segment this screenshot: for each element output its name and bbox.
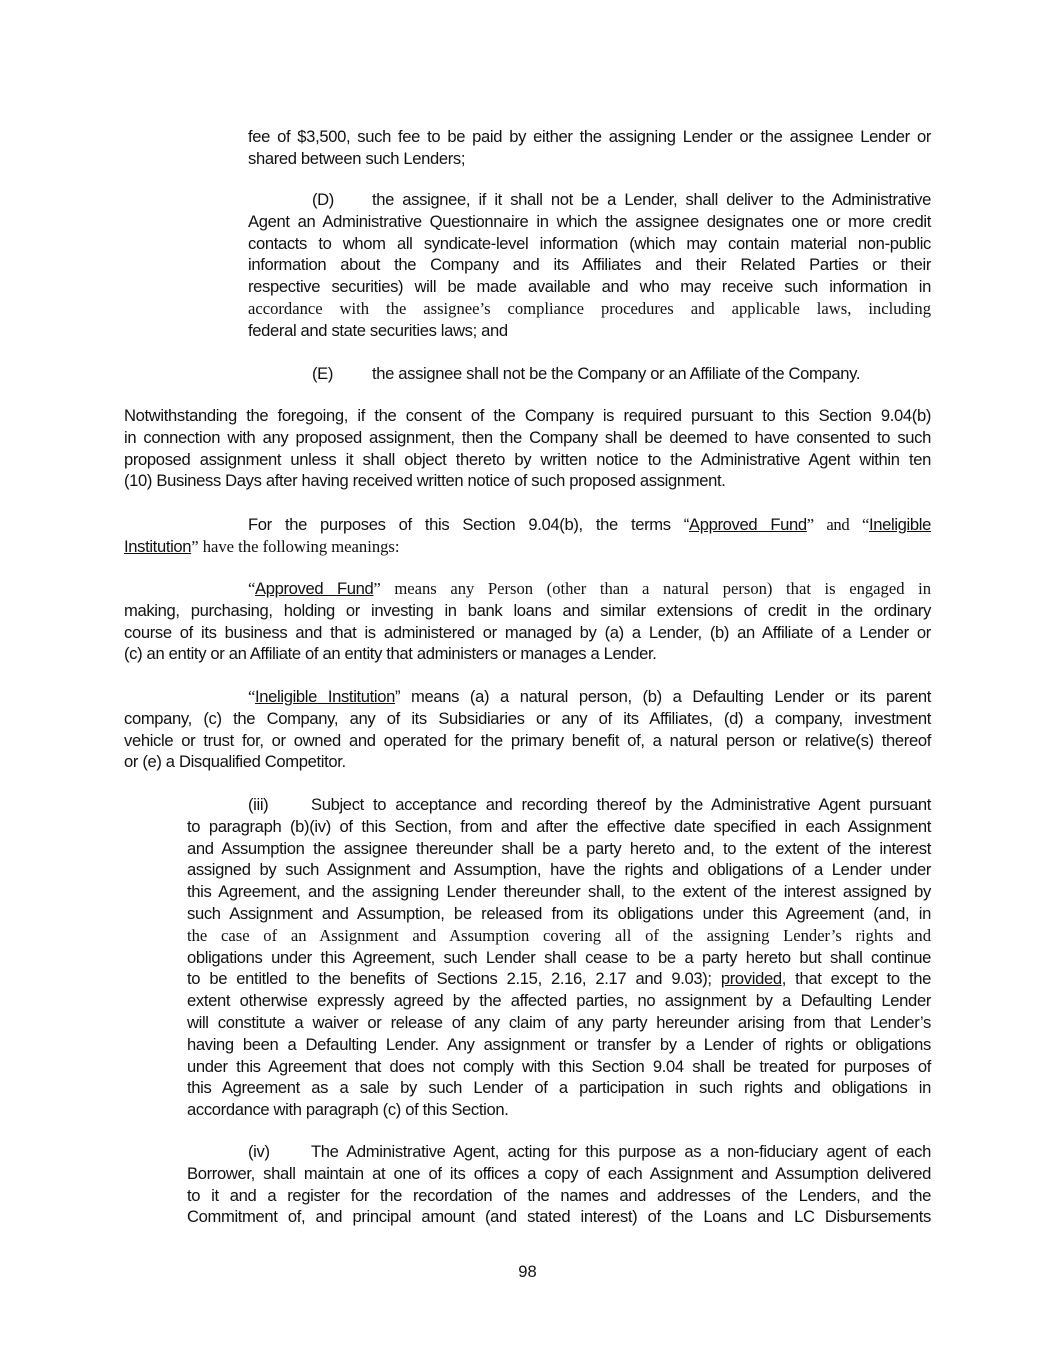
- text-segment: ” and “: [807, 515, 869, 534]
- text-line: respective securities) will be made avai…: [248, 276, 931, 298]
- text-line: Agent an Administrative Questionnaire in…: [248, 211, 931, 233]
- paragraph-purposes: For the purposes of this Section 9.04(b)…: [124, 514, 931, 558]
- text-line: accordance with paragraph (c) of this Se…: [187, 1099, 931, 1121]
- text-line: this Agreement, and the assigning Lender…: [187, 881, 931, 903]
- text-segment: ” have the following meanings:: [191, 537, 399, 556]
- text-line: course of its business and that is admin…: [124, 622, 931, 644]
- text-segment: ” means (a) a natural person, (b) a Defa…: [395, 687, 931, 706]
- clause-label: (iv): [248, 1141, 311, 1163]
- text-line: company, (c) the Company, any of its Sub…: [124, 708, 931, 730]
- text-line: under this Agreement that does not compl…: [187, 1056, 931, 1078]
- text-line: the case of an Assignment and Assumption…: [187, 925, 931, 947]
- open-quote: “: [248, 687, 255, 706]
- text-line: (E)the assignee shall not be the Company…: [248, 363, 931, 385]
- clause-label: (iii): [248, 794, 311, 816]
- paragraph-clause-iii: (iii)Subject to acceptance and recording…: [187, 794, 931, 1121]
- text-line: accordance with the assignee’s complianc…: [248, 298, 931, 320]
- text-segment: the assignee shall not be the Company or…: [372, 364, 860, 383]
- text-line: having been a Defaulting Lender. Any ass…: [187, 1034, 931, 1056]
- text-line: to it and a register for the recordation…: [187, 1185, 931, 1207]
- text-segment: Subject to acceptance and recording ther…: [311, 795, 931, 814]
- text-line: contacts to whom all syndicate-level inf…: [248, 233, 931, 255]
- clause-label: (D): [312, 189, 372, 211]
- text-line: and Assumption the assignee thereunder s…: [187, 838, 931, 860]
- paragraph-clause-d: (D)the assignee, if it shall not be a Le…: [248, 189, 931, 342]
- defined-term-approved-fund: Approved Fund: [255, 579, 373, 598]
- text-line: “Approved Fund” means any Person (other …: [124, 578, 931, 600]
- paragraph-clause-iv: (iv)The Administrative Agent, acting for…: [187, 1141, 931, 1228]
- paragraph-fee-continuation: fee of $3,500, such fee to be paid by ei…: [248, 126, 931, 170]
- text-line: (D)the assignee, if it shall not be a Le…: [248, 189, 931, 211]
- text-segment: , that except to the: [782, 969, 931, 988]
- text-line: to paragraph (b)(iv) of this Section, fr…: [187, 816, 931, 838]
- text-line: such Assignment and Assumption, be relea…: [187, 903, 931, 925]
- page-number: 98: [0, 1262, 1055, 1282]
- text-line: in connection with any proposed assignme…: [124, 427, 931, 449]
- text-line: vehicle or trust for, or owned and opera…: [124, 730, 931, 752]
- text-line: Institution” have the following meanings…: [124, 536, 931, 558]
- text-line: For the purposes of this Section 9.04(b)…: [124, 514, 931, 536]
- text-line: (iii)Subject to acceptance and recording…: [187, 794, 931, 816]
- text-segment: ” means any Person (other than a natural…: [373, 579, 931, 598]
- text-line: Commitment of, and principal amount (and…: [187, 1206, 931, 1228]
- open-quote: “: [248, 579, 255, 598]
- text-line: “Ineligible Institution” means (a) a nat…: [124, 686, 931, 708]
- paragraph-ineligible-institution-definition: “Ineligible Institution” means (a) a nat…: [124, 686, 931, 773]
- paragraph-notwithstanding: Notwithstanding the foregoing, if the co…: [124, 405, 931, 492]
- provided-term: provided: [721, 969, 782, 988]
- text-line: to be entitled to the benefits of Sectio…: [187, 968, 931, 990]
- defined-term-institution: Institution: [124, 537, 191, 556]
- text-line: this Agreement as a sale by such Lender …: [187, 1077, 931, 1099]
- clause-label: (E): [312, 363, 372, 385]
- text-line: (iv)The Administrative Agent, acting for…: [187, 1141, 931, 1163]
- defined-term-ineligible: Ineligible: [869, 515, 931, 534]
- defined-term-ineligible-institution: Ineligible Institution: [255, 687, 395, 706]
- text-line: making, purchasing, holding or investing…: [124, 600, 931, 622]
- text-line: (c) an entity or an Affiliate of an enti…: [124, 643, 931, 665]
- text-line: (10) Business Days after having received…: [124, 470, 931, 492]
- text-segment: to be entitled to the benefits of Sectio…: [187, 969, 721, 988]
- text-segment: The Administrative Agent, acting for thi…: [311, 1142, 931, 1161]
- paragraph-approved-fund-definition: “Approved Fund” means any Person (other …: [124, 578, 931, 665]
- text-line: proposed assignment unless it shall obje…: [124, 449, 931, 471]
- paragraph-clause-e: (E)the assignee shall not be the Company…: [248, 363, 931, 385]
- text-line: Borrower, shall maintain at one of its o…: [187, 1163, 931, 1185]
- text-line: shared between such Lenders;: [248, 148, 931, 170]
- text-line: or (e) a Disqualified Competitor.: [124, 751, 931, 773]
- text-line: information about the Company and its Af…: [248, 254, 931, 276]
- document-page: fee of $3,500, such fee to be paid by ei…: [0, 0, 1055, 1365]
- text-line: assigned by such Assignment and Assumpti…: [187, 859, 931, 881]
- text-segment: For the purposes of this Section 9.04(b)…: [248, 515, 689, 534]
- text-line: obligations under this Agreement, such L…: [187, 947, 931, 969]
- text-line: will constitute a waiver or release of a…: [187, 1012, 931, 1034]
- text-line: federal and state securities laws; and: [248, 320, 931, 342]
- text-line: Notwithstanding the foregoing, if the co…: [124, 405, 931, 427]
- text-line: extent otherwise expressly agreed by the…: [187, 990, 931, 1012]
- text-segment: the assignee, if it shall not be a Lende…: [372, 190, 931, 209]
- defined-term-approved-fund: Approved Fund: [689, 515, 807, 534]
- text-line: fee of $3,500, such fee to be paid by ei…: [248, 126, 931, 148]
